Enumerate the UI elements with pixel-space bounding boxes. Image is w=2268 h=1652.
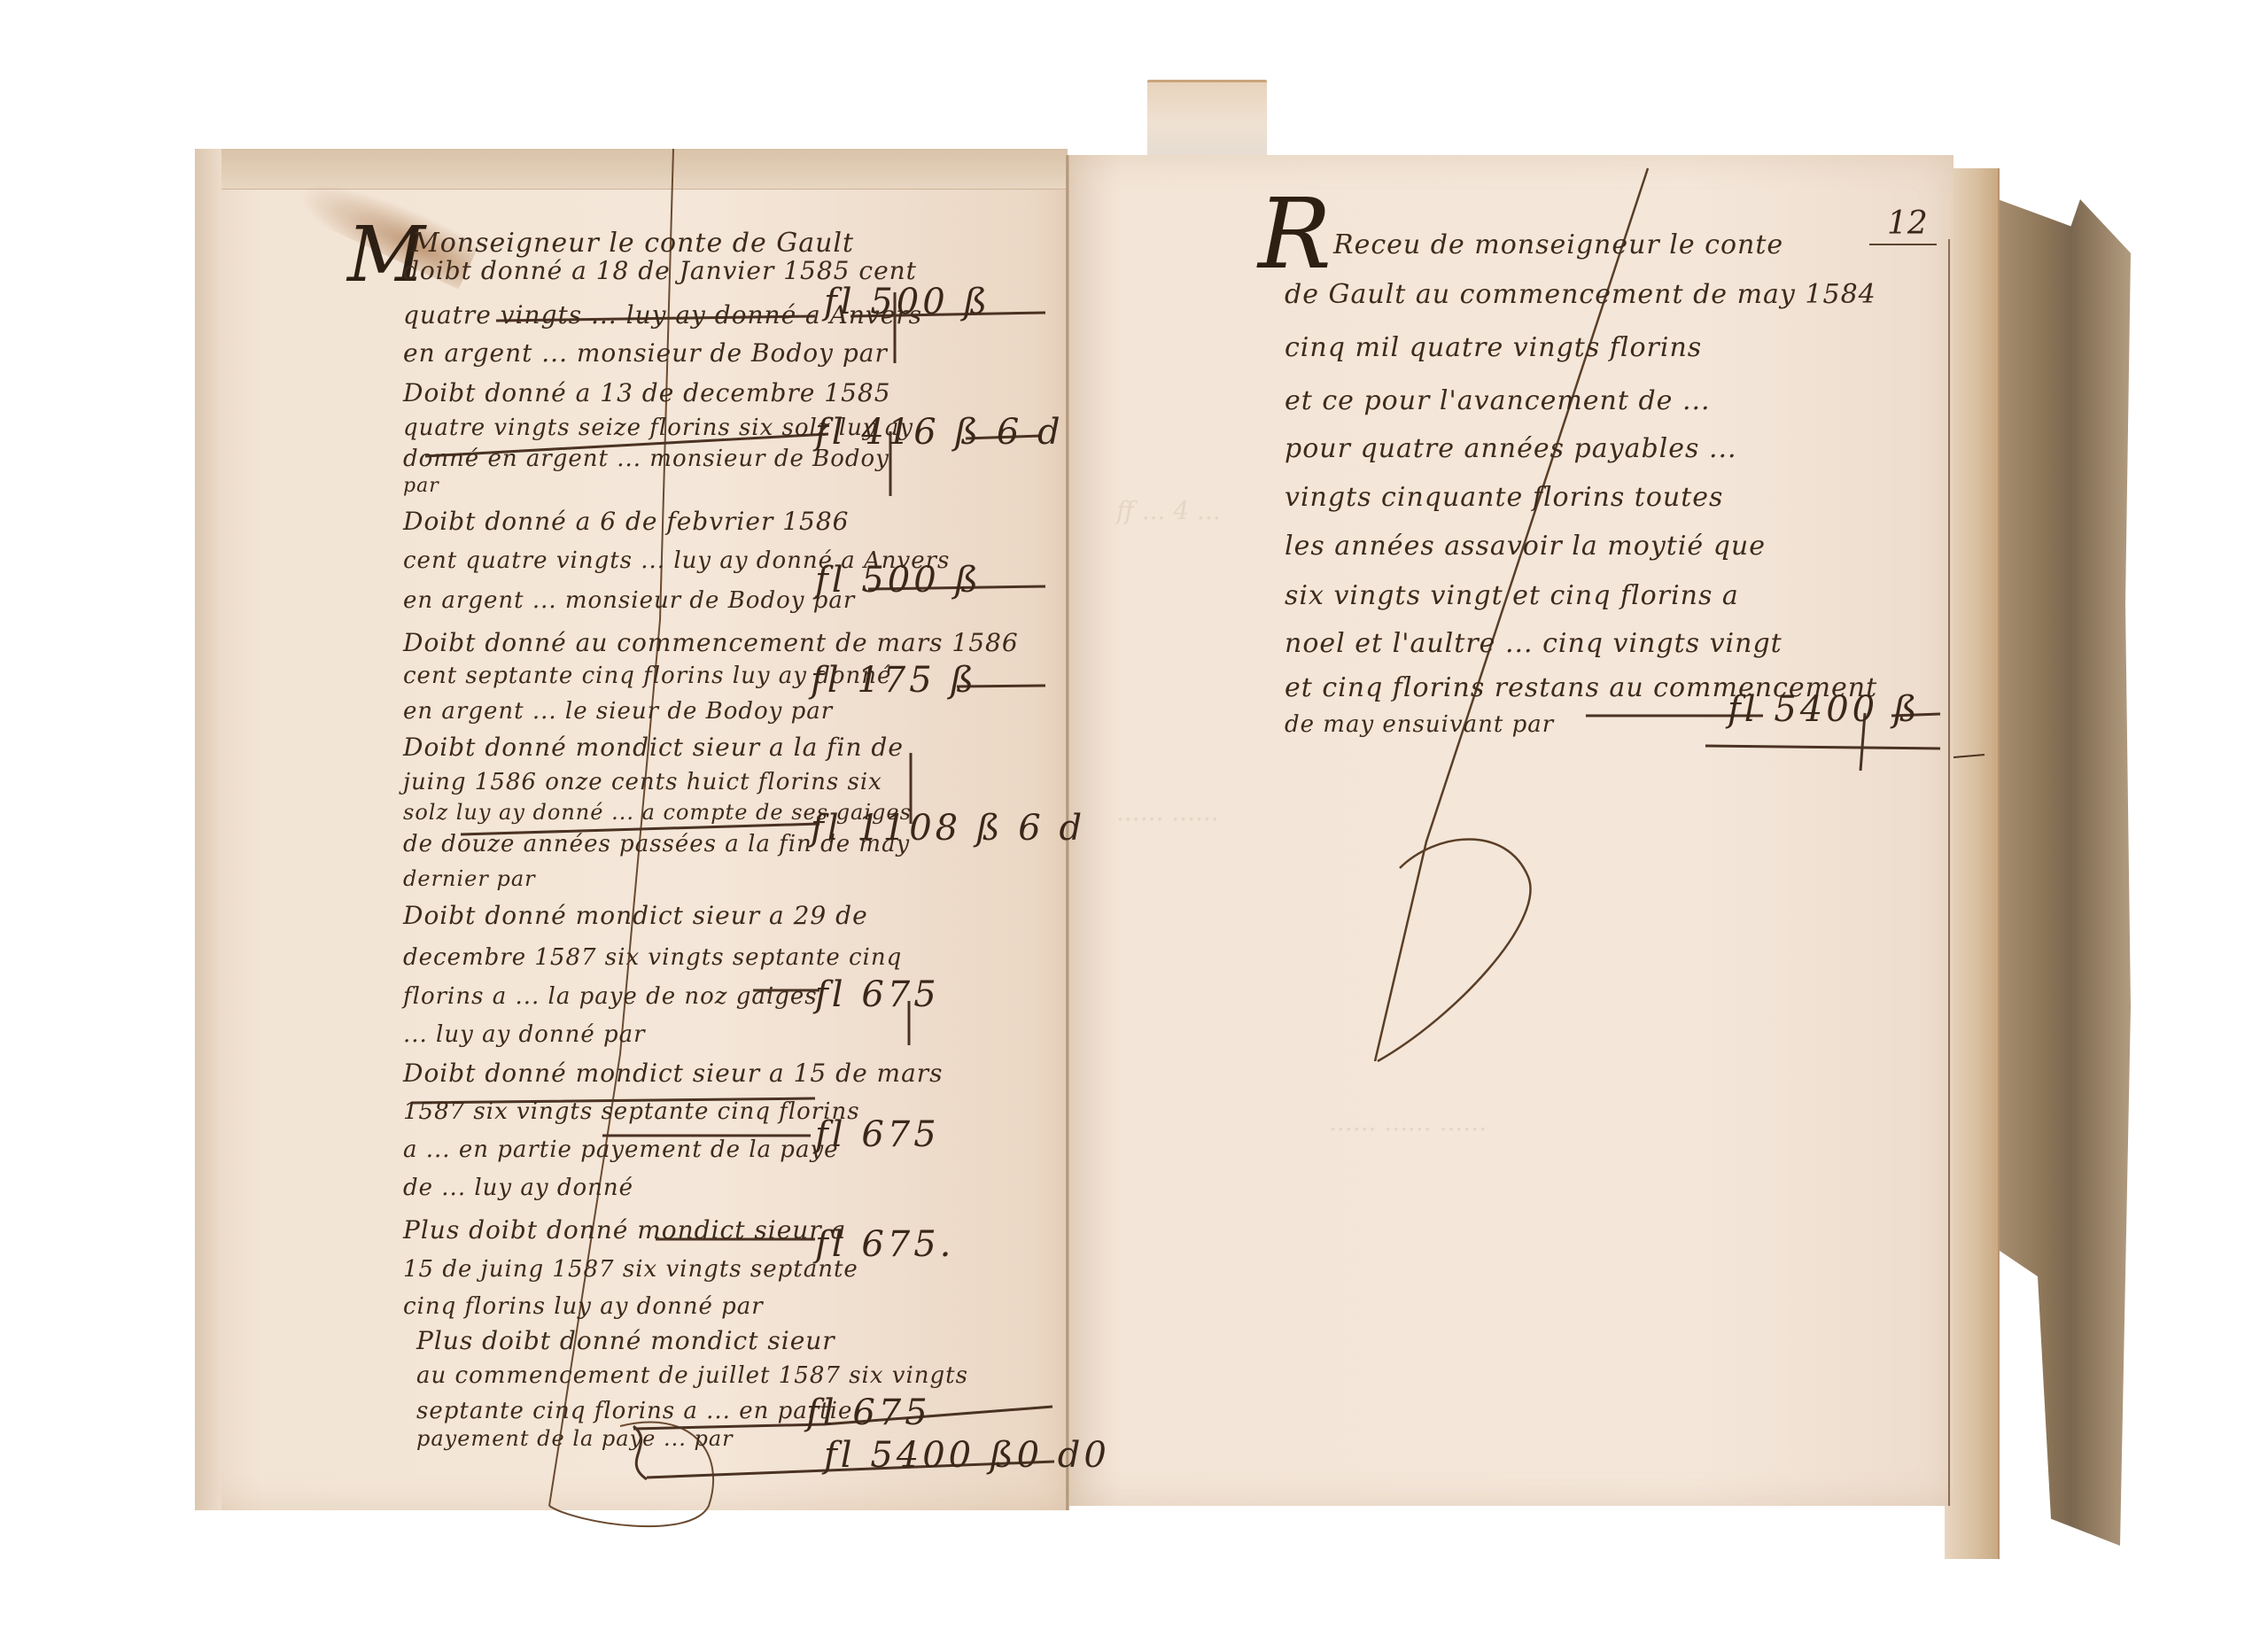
left-line-4: en argent ... monsieur de Bodoy par bbox=[403, 341, 888, 366]
left-line-27: de ... luy ay donné bbox=[403, 1176, 633, 1199]
left-line-24: Doibt donné mondict sieur a 15 de mars bbox=[403, 1061, 944, 1086]
left-line-34: payement de la paye ... par bbox=[416, 1428, 734, 1449]
amount-7: fl 675 bbox=[815, 1114, 940, 1155]
left-line-19: dernier par bbox=[403, 868, 536, 889]
left-line-14: en argent ... le sieur de Bodoy par bbox=[403, 700, 833, 723]
left-line-33: septante cinq florins a ... en partie bbox=[416, 1400, 852, 1423]
amount-1: fl 500 ß bbox=[824, 282, 990, 322]
left-line-22: florins a ... la paye de noz gaiges bbox=[403, 985, 818, 1008]
left-line-26: a ... en partie payement de la paye bbox=[403, 1138, 839, 1161]
bleed-through-text: ...... ...... ...... bbox=[1329, 1107, 1487, 1136]
left-line-2: doibt donné a 18 de Janvier 1585 cent bbox=[403, 259, 917, 283]
paper-tab bbox=[1147, 80, 1267, 158]
amount-2: fl 416 ß 6 d bbox=[815, 412, 1064, 453]
bleed-through-text: ...... ...... bbox=[1116, 797, 1219, 826]
left-line-32: au commencement de juillet 1587 six ving… bbox=[416, 1364, 968, 1387]
left-line-11: en argent ... monsieur de Bodoy par bbox=[403, 589, 855, 612]
amount-9: fl 675 bbox=[806, 1392, 931, 1433]
amount-3: fl 500 ß bbox=[815, 560, 982, 601]
folded-left-edge bbox=[195, 149, 221, 1510]
amount-8: fl 675. bbox=[815, 1224, 954, 1265]
left-line-15: Doibt donné mondict sieur a la fin de bbox=[403, 735, 904, 760]
left-line-9: Doibt donné a 6 de febvrier 1586 bbox=[403, 509, 850, 534]
right-initial: R bbox=[1258, 177, 1332, 291]
right-line-8: six vingts vingt et cinq florins a bbox=[1285, 583, 1739, 609]
left-line-25: 1587 six vingts septante cinq florins bbox=[403, 1100, 860, 1123]
amount-4: fl 175 ß bbox=[811, 660, 977, 701]
left-line-31: Plus doibt donné mondict sieur bbox=[416, 1329, 835, 1353]
left-line-1: Monseigneur le conte de Gault bbox=[412, 230, 854, 257]
right-line-1: Receu de monseigneur le conte bbox=[1333, 232, 1783, 259]
right-page-total: fl 5400 ß bbox=[1728, 689, 1921, 730]
left-line-21: decembre 1587 six vingts septante cinq bbox=[403, 946, 902, 969]
right-line-9: noel et l'aultre ... cinq vingts vingt bbox=[1285, 631, 1783, 657]
right-line-5: pour quatre années payables ... bbox=[1285, 436, 1737, 462]
left-line-16: juing 1586 onze cents huict florins six bbox=[403, 771, 882, 794]
amount-6: fl 675 bbox=[815, 974, 940, 1015]
left-line-29: 15 de juing 1587 six vingts septante bbox=[403, 1258, 858, 1281]
right-line-2: de Gault au commencement de may 1584 bbox=[1285, 282, 1876, 308]
left-line-30: cinq florins luy ay donné par bbox=[403, 1295, 764, 1318]
right-line-4: et ce pour l'avancement de ... bbox=[1285, 388, 1711, 415]
left-line-12: Doibt donné au commencement de mars 1586 bbox=[403, 631, 1019, 655]
left-line-23: ... luy ay donné par bbox=[403, 1023, 646, 1046]
left-page-total: fl 5400 ß0 d0 bbox=[824, 1435, 1110, 1476]
amount-5: fl 1108 ß 6 d bbox=[811, 808, 1085, 849]
manuscript-photo: ff ... 4 ... ...... ...... ...... ......… bbox=[0, 0, 2268, 1652]
page-number: 12 bbox=[1869, 206, 1937, 245]
bleed-through-text: ff ... 4 ... bbox=[1116, 496, 1221, 525]
left-line-5: Doibt donné a 13 de decembre 1585 bbox=[403, 381, 891, 406]
left-line-8: par bbox=[403, 477, 439, 496]
left-line-20: Doibt donné mondict sieur a 29 de bbox=[403, 904, 868, 928]
right-line-11: de may ensuivant par bbox=[1285, 713, 1554, 736]
right-line-3: cinq mil quatre vingts florins bbox=[1285, 335, 1702, 361]
left-line-28: Plus doibt donné mondict sieur a bbox=[403, 1218, 846, 1243]
right-line-7: les années assavoir la moytié que bbox=[1285, 533, 1766, 560]
leather-spine bbox=[1998, 199, 2131, 1546]
right-line-6: vingts cinquante florins toutes bbox=[1285, 485, 1723, 511]
